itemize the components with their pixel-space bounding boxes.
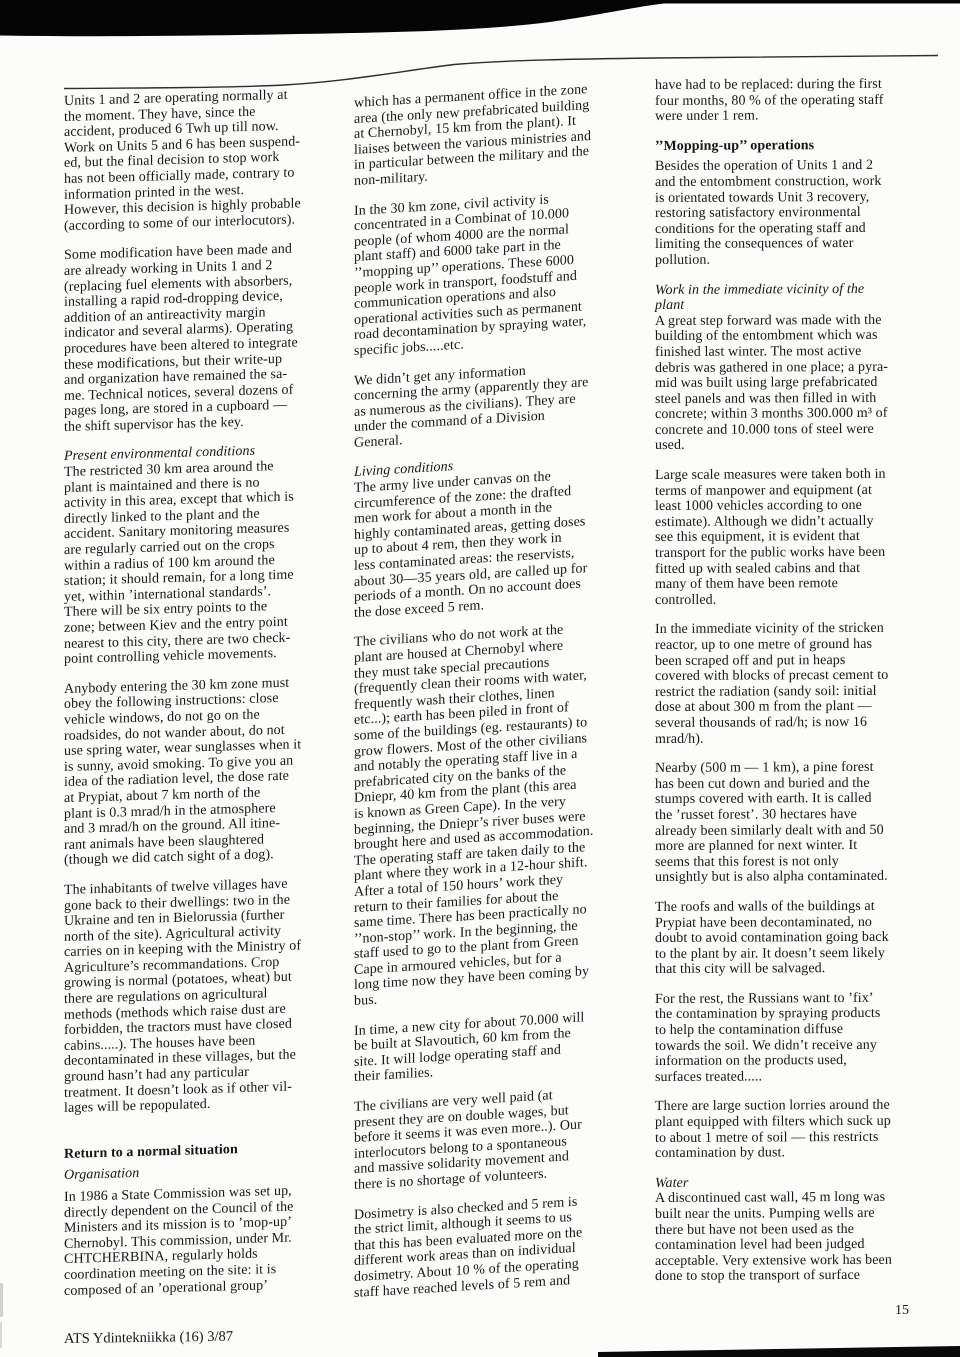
paragraph-villages: The inhabitants of twelve villages have … — [64, 875, 348, 1117]
paragraph-entombment: A great step forward was made with the b… — [655, 312, 949, 454]
scan-edge-smudge — [0, 1322, 2, 1348]
scanned-magazine-page: Units 1 and 2 are operating normally at … — [0, 0, 960, 1357]
column-left: Units 1 and 2 are operating normally at … — [64, 86, 348, 1313]
paragraph-pine-forest: Nearby (500 m — 1 km), a pine forest has… — [655, 760, 949, 886]
subheading-work-vicinity: Work in the immediate vicinity of the pl… — [655, 281, 949, 314]
paragraph-army-living: The army live under canvas on the circum… — [354, 463, 656, 621]
paragraph-dosimetry: Dosimetry is also checked and 5 rem is t… — [354, 1190, 656, 1302]
paragraph-zone-instructions: Anybody entering the 30 km zone must obe… — [64, 674, 348, 869]
paragraph-staff-replaced: have had to be replaced: during the firs… — [655, 76, 949, 124]
paragraph-new-city-slavoutich: In time, a new city for about 70.000 wil… — [354, 1006, 656, 1086]
paragraph-restricted-area: The restricted 30 km area around the pla… — [64, 457, 348, 668]
paragraph-large-scale-measures: Large scale measures were taken both in … — [655, 467, 949, 609]
paragraph-modifications: Some modification have been made and are… — [64, 240, 348, 435]
paragraph-civilians-housing: The civilians who do not work at the pla… — [354, 617, 656, 1009]
paragraph-wages: The civilians are very well paid (at pre… — [354, 1082, 656, 1194]
paragraph-suction-lorries: There are large suction lorries around t… — [655, 1098, 949, 1162]
paragraph-combinat: In the 30 km zone, civil activity is con… — [354, 186, 656, 360]
paragraph-state-commission: In 1986 a State Commission was set up, d… — [64, 1182, 348, 1299]
paragraph-prypiat-roofs: The roofs and walls of the buildings at … — [655, 898, 949, 978]
paragraph-fix-contamination: For the rest, the Russians want to ’fix’… — [655, 990, 949, 1085]
paragraph-ground-scraped: In the immediate vicinity of the stricke… — [655, 621, 949, 747]
section-heading-mopping-up: ’’Mopping-up’’ operations — [655, 137, 949, 154]
column-middle: which has a permanent office in the zone… — [354, 78, 656, 1315]
paragraph-besides-operation: Besides the operation of Units 1 and 2 a… — [655, 158, 949, 269]
column-right: have had to be replaced: during the firs… — [655, 76, 949, 1299]
subheading-water: Water — [655, 1174, 949, 1191]
section-heading-return-to-normal: Return to a normal situation — [64, 1139, 348, 1163]
paragraph-cast-wall: A discontinued cast wall, 45 m long was … — [655, 1190, 949, 1285]
journal-footer: ATS Ydintekniikka (16) 3/87 — [64, 1329, 233, 1348]
paragraph-permanent-office: which has a permanent office in the zone… — [354, 78, 656, 190]
subheading-organisation: Organisation — [64, 1160, 348, 1184]
page-number: 15 — [895, 1303, 909, 1319]
paragraph-units-status: Units 1 and 2 are operating normally at … — [64, 86, 348, 234]
paragraph-army-information: We didn’t get any information concerning… — [354, 356, 656, 452]
scan-edge-smudge — [0, 1283, 3, 1317]
